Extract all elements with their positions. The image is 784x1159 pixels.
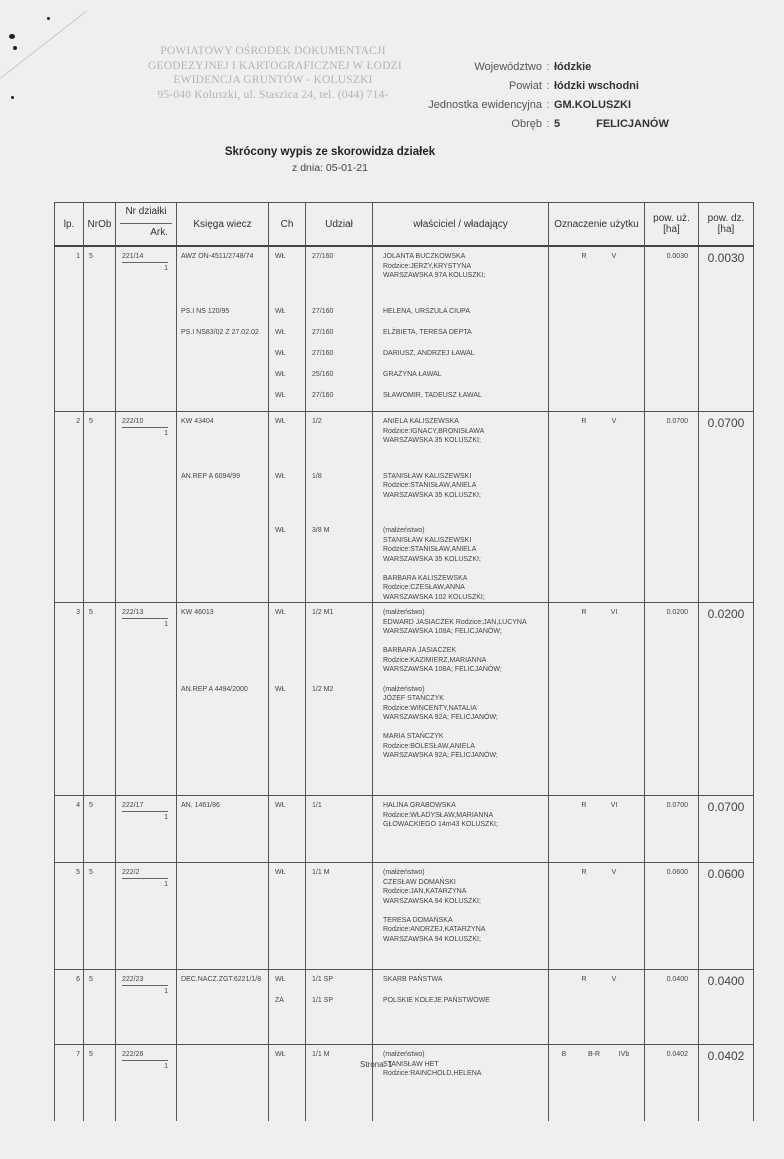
parcel-id: 222/23: [122, 976, 143, 983]
ch-entry: WŁ: [275, 1051, 286, 1058]
parcel-number: 221/141: [122, 253, 168, 279]
sheet-number: 1: [164, 430, 168, 437]
owner-line: DARIUSZ, ANDRZEJ ŁAWAL: [383, 350, 475, 357]
udzial-entry: 27/160: [312, 253, 333, 260]
stamp-line: 95-040 Koluszki, ul. Staszica 24, tel. (…: [148, 88, 398, 103]
pow-uz-cell: 0.0400: [645, 970, 699, 1045]
scan-speck: [47, 17, 50, 20]
ch-cell: WŁ: [269, 863, 306, 970]
owner-line: (małżeństwo): [383, 686, 425, 693]
owner-line: Rodzice:BOLESŁAW,ANIELA: [383, 743, 475, 750]
land-use-code: R: [569, 802, 599, 809]
land-use-codes: RV: [549, 247, 644, 260]
document-date: z dnia: 05-01-21: [180, 162, 480, 174]
owner-line: (małżeństwo): [383, 869, 425, 876]
parcel-register-table: lp. NrOb Nr działki Ark. Księga wiecz Ch…: [54, 202, 754, 1121]
colon: :: [542, 77, 554, 96]
ch-cell: WŁ: [269, 1045, 306, 1122]
udzial-entry: 27/160: [312, 392, 333, 399]
table-row: 25222/101KW 43404AN.REP A 6094/99WŁWŁWŁ1…: [55, 412, 754, 603]
sheet-number: 1: [164, 814, 168, 821]
parcel-number-cell: 222/171: [116, 796, 177, 863]
powiat-label: Powiat: [400, 77, 542, 96]
land-use-code: V: [599, 253, 629, 260]
wojewodztwo-label: Województwo: [400, 58, 542, 77]
udzial-entry: 27/160: [312, 308, 333, 315]
uzytek-cell: RV: [549, 970, 645, 1045]
parcel-id: 222/2: [122, 869, 140, 876]
divider: [120, 223, 172, 224]
sheet-number: 1: [164, 265, 168, 272]
land-use-code: VI: [599, 609, 629, 616]
colon: :: [542, 115, 554, 134]
land-use-code: R: [569, 609, 599, 616]
powiat-value: łódzki wschodni: [554, 77, 639, 96]
lp-cell: 3: [55, 603, 84, 796]
parcel-number: 222/131: [122, 609, 168, 635]
udzial-entry: 1/1 M: [312, 1051, 330, 1058]
owner-cell: JOLANTA BUCZKOWSKARodzice:JERZY,KRYSTYNA…: [373, 246, 549, 412]
owner-line: Rodzice:STANISŁAW,ANIELA: [383, 482, 476, 489]
ark-label: Ark.: [150, 227, 168, 238]
ch-entry: WŁ: [275, 418, 286, 425]
lp-cell: 7: [55, 1045, 84, 1122]
obreb-name: FELICJANÓW: [596, 115, 669, 134]
uzytek-cell: RV: [549, 863, 645, 970]
jednostka-label: Jednostka ewidencyjna: [400, 96, 542, 115]
parcel-number-cell: 222/231: [116, 970, 177, 1045]
ch-entry: WŁ: [275, 473, 286, 480]
pow-uz-cell: 0.0700: [645, 412, 699, 603]
parcel-id: 222/10: [122, 418, 143, 425]
ksiega-entry: KW 43404: [181, 418, 214, 425]
ch-cell: WŁZA: [269, 970, 306, 1045]
divider: [122, 878, 168, 879]
udzial-cell: 1/21/83/8 M: [306, 412, 373, 603]
owner-line: WARSZAWSKA 35 KOLUSZKI;: [383, 556, 481, 563]
divider: [122, 1060, 168, 1061]
lp-cell: 6: [55, 970, 84, 1045]
pow-dz-cell: 0.0700: [699, 796, 754, 863]
header-udzial: Udział: [306, 203, 373, 247]
udzial-entry: 1/2 M1: [312, 609, 333, 616]
parcel-id: 222/17: [122, 802, 143, 809]
owner-line: GŁOWACKIEGO 14m43 KOLUSZKI;: [383, 821, 498, 828]
colon: :: [542, 96, 554, 115]
lp-cell: 4: [55, 796, 84, 863]
divider: [122, 427, 168, 428]
parcel-number: 222/21: [122, 869, 168, 895]
uzytek-cell: RV: [549, 412, 645, 603]
owner-line: TERESA DOMAŃSKA: [383, 917, 453, 924]
ksiega-entry: PS.I NS83/02 Z 27.02.02: [181, 329, 259, 336]
ch-entry: WŁ: [275, 329, 286, 336]
nrob-cell: 5: [84, 863, 116, 970]
ch-entry: WŁ: [275, 686, 286, 693]
udzial-entry: 27/160: [312, 329, 333, 336]
pow-dz-cell: 0.0402: [699, 1045, 754, 1122]
ksiega-cell: DEC.NACZ.ZGT.6221/1/8: [177, 970, 269, 1045]
land-use-code: R: [569, 418, 599, 425]
scan-speck: [9, 34, 15, 39]
table-row: 55222/21WŁ1/1 M(małżeństwo)CZESŁAW DOMAŃ…: [55, 863, 754, 970]
ch-cell: WŁ: [269, 796, 306, 863]
wojewodztwo-row: Województwo : łódzkie: [400, 58, 700, 77]
land-use-codes: RVI: [549, 603, 644, 616]
pow-uz-cell: 0.0700: [645, 796, 699, 863]
owner-line: (małżeństwo): [383, 527, 425, 534]
nrob-cell: 5: [84, 246, 116, 412]
owner-line: STANISŁAW KALISZEWSKI: [383, 537, 471, 544]
owner-line: Rodzice:WINCENTY,NATALIA: [383, 705, 477, 712]
ksiega-entry: AN.REP A 4494/2000: [181, 686, 248, 693]
owner-line: Rodzice:KAZIMIERZ,MARIANNA: [383, 657, 486, 664]
owner-line: MARIA STAŃCZYK: [383, 733, 444, 740]
udzial-cell: 1/2 M11/2 M2: [306, 603, 373, 796]
table-row: 65222/231DEC.NACZ.ZGT.6221/1/8WŁZA1/1 SP…: [55, 970, 754, 1045]
ch-cell: WŁWŁWŁWŁWŁWŁ: [269, 246, 306, 412]
owner-line: BARBARA JASIACZEK: [383, 647, 456, 654]
sheet-number: 1: [164, 621, 168, 628]
owner-line: Rodzice:RAINCHOLD,HELENA: [383, 1070, 481, 1077]
land-use-code: R: [569, 253, 599, 260]
nr-dzialki-label: Nr działki: [116, 206, 176, 217]
udzial-cell: 1/1 SP1/1 SP: [306, 970, 373, 1045]
owner-cell: SKARB PAŃSTWAPOLSKIE KOLEJE PAŃSTWOWE: [373, 970, 549, 1045]
table-row: 45222/171AN. 1461/86WŁ1/1HALINA GRABOWSK…: [55, 796, 754, 863]
jednostka-row: Jednostka ewidencyjna : GM.KOLUSZKI: [400, 96, 700, 115]
owner-line: HELENA, URSZULA CIUPA: [383, 308, 470, 315]
udzial-entry: 1/2 M2: [312, 686, 333, 693]
header-nrob: NrOb: [84, 203, 116, 247]
sheet-number: 1: [164, 988, 168, 995]
ch-entry: WŁ: [275, 253, 286, 260]
owner-line: WARSZAWSKA 35 KOLUSZKI;: [383, 437, 481, 444]
uzytek-cell: RV: [549, 246, 645, 412]
owner-line: CZESŁAW DOMAŃSKI: [383, 879, 456, 886]
admin-info: Województwo : łódzkie Powiat : łódzki ws…: [400, 58, 700, 134]
parcel-id: 222/13: [122, 609, 143, 616]
owner-line: Rodzice:JAN,KATARZYNA: [383, 888, 466, 895]
owner-line: WARSZAWSKA 97A KOLUSZKI;: [383, 272, 485, 279]
owner-line: GRAŻYNA ŁAWAL: [383, 371, 442, 378]
udzial-entry: 25/160: [312, 371, 333, 378]
ch-entry: WŁ: [275, 527, 286, 534]
nrob-cell: 5: [84, 1045, 116, 1122]
land-use-code: B: [549, 1051, 579, 1058]
office-stamp: POWIATOWY OŚRODEK DOKUMENTACJI GEODEZYJN…: [148, 44, 398, 102]
scan-speck: [13, 46, 17, 50]
header-ch: Ch: [269, 203, 306, 247]
land-use-codes: BB-RIVb: [549, 1045, 644, 1058]
lp-cell: 5: [55, 863, 84, 970]
owner-line: WARSZAWSKA 35 KOLUSZKI;: [383, 492, 481, 499]
owner-cell: ANIELA KALISZEWSKARodzice:IGNACY,BRONISŁ…: [373, 412, 549, 603]
owner-cell: (małżeństwo)CZESŁAW DOMAŃSKIRodzice:JAN,…: [373, 863, 549, 970]
lp-cell: 1: [55, 246, 84, 412]
owner-line: WARSZAWSKA 108A; FELICJANÓW;: [383, 666, 502, 673]
land-use-code: B-R: [579, 1051, 609, 1058]
owner-line: SŁAWOMIR, TADEUSZ ŁAWAL: [383, 392, 482, 399]
ch-entry: ZA: [275, 997, 284, 1004]
parcel-number: 222/261: [122, 1051, 168, 1077]
nrob-cell: 5: [84, 796, 116, 863]
ch-entry: WŁ: [275, 802, 286, 809]
owner-cell: (małżeństwo)EDWARD JASIACZEK Rodzice:JAN…: [373, 603, 549, 796]
stamp-line: EWIDENCJA GRUNTÓW - KOLUSZKI: [148, 73, 398, 88]
owner-line: WARSZAWSKA 108A; FELICJANÓW;: [383, 628, 502, 635]
parcel-number: 222/101: [122, 418, 168, 444]
pow-dz-cell: 0.0400: [699, 970, 754, 1045]
owner-line: SKARB PAŃSTWA: [383, 976, 443, 983]
ksiega-entry: AN. 1461/86: [181, 802, 220, 809]
table-row: 15221/141AWZ ON-4511/2748/74PS.I NS 120/…: [55, 246, 754, 412]
uzytek-cell: RVI: [549, 796, 645, 863]
table-header-row: lp. NrOb Nr działki Ark. Księga wiecz Ch…: [55, 203, 754, 247]
owner-line: WARSZAWSKA 94 KOLUSZKI;: [383, 936, 481, 943]
udzial-entry: 1/8: [312, 473, 322, 480]
page-number: Strona: 1: [360, 1060, 392, 1069]
udzial-entry: 3/8 M: [312, 527, 330, 534]
owner-line: ANIELA KALISZEWSKA: [383, 418, 459, 425]
ch-entry: WŁ: [275, 350, 286, 357]
pow-dz-cell: 0.0200: [699, 603, 754, 796]
owner-line: BARBARA KALISZEWSKA: [383, 575, 467, 582]
header-pow-dz: pow. dz. [ha]: [699, 203, 754, 247]
ch-cell: WŁWŁWŁ: [269, 412, 306, 603]
ch-entry: WŁ: [275, 976, 286, 983]
udzial-entry: 1/1 M: [312, 869, 330, 876]
divider: [122, 985, 168, 986]
owner-line: Rodzice:WŁADYSŁAW,MARIANNA: [383, 812, 493, 819]
nrob-cell: 5: [84, 412, 116, 603]
pow-uz-cell: 0.0600: [645, 863, 699, 970]
udzial-cell: 1/1 M: [306, 1045, 373, 1122]
owner-line: POLSKIE KOLEJE PAŃSTWOWE: [383, 997, 490, 1004]
obreb-row: Obręb : 5 FELICJANÓW: [400, 115, 700, 134]
owner-line: WARSZAWSKA 92A; FELICJANÓW;: [383, 714, 498, 721]
parcel-number-cell: 222/261: [116, 1045, 177, 1122]
land-use-code: IVb: [609, 1051, 639, 1058]
header-ksiega: Księga wiecz: [177, 203, 269, 247]
header-wlasciciel: właściciel / władający: [373, 203, 549, 247]
pow-uz-cell: 0.0200: [645, 603, 699, 796]
pow-dz-cell: 0.0700: [699, 412, 754, 603]
ksiega-cell: [177, 863, 269, 970]
parcel-number: 222/231: [122, 976, 168, 1002]
pow-uz-cell: 0.0030: [645, 246, 699, 412]
table-row: 75222/261WŁ1/1 M(małżeństwo)STANISŁAW HE…: [55, 1045, 754, 1122]
owner-cell: (małżeństwo)STANISŁAW HETRodzice:RAINCHO…: [373, 1045, 549, 1122]
udzial-entry: 1/1: [312, 802, 322, 809]
owner-line: (małżeństwo): [383, 609, 425, 616]
owner-line: Rodzice:JERZY,KRYSTYNA: [383, 263, 471, 270]
land-use-code: R: [569, 869, 599, 876]
owner-line: Rodzice:ANDRZEJ,KATARZYNA: [383, 926, 485, 933]
header-oznaczenie: Oznaczenie użytku: [549, 203, 645, 247]
table-row: 35222/131KW 46013AN.REP A 4494/2000WŁWŁ1…: [55, 603, 754, 796]
udzial-entry: 1/2: [312, 418, 322, 425]
owner-line: JOLANTA BUCZKOWSKA: [383, 253, 465, 260]
divider: [122, 262, 168, 263]
land-use-code: V: [599, 976, 629, 983]
ksiega-entry: DEC.NACZ.ZGT.6221/1/8: [181, 976, 261, 983]
owner-line: ELŻBIETA, TERESA DEPTA: [383, 329, 472, 336]
owner-line: WARSZAWSKA 102 KOLUSZKI;: [383, 594, 485, 601]
uzytek-cell: RVI: [549, 603, 645, 796]
land-use-codes: RV: [549, 412, 644, 425]
ch-entry: WŁ: [275, 869, 286, 876]
ksiega-entry: AWZ ON-4511/2748/74: [181, 253, 253, 260]
udzial-entry: 1/1 SP: [312, 997, 333, 1004]
obreb-label: Obręb: [400, 115, 542, 134]
land-use-code: V: [599, 418, 629, 425]
ch-entry: WŁ: [275, 609, 286, 616]
ksiega-cell: [177, 1045, 269, 1122]
udzial-cell: 27/16027/16027/16027/16025/16027/160: [306, 246, 373, 412]
parcel-number-cell: 222/101: [116, 412, 177, 603]
header-lp: lp.: [55, 203, 84, 247]
pow-dz-cell: 0.0030: [699, 246, 754, 412]
owner-line: EDWARD JASIACZEK Rodzice:JAN,LUCYNA: [383, 619, 527, 626]
lp-cell: 2: [55, 412, 84, 603]
wojewodztwo-value: łódzkie: [554, 58, 591, 77]
ksiega-cell: AN. 1461/86: [177, 796, 269, 863]
owner-line: JÓZEF STAŃCZYK: [383, 695, 444, 702]
colon: :: [542, 58, 554, 77]
owner-line: Rodzice:STANISŁAW,ANIELA: [383, 546, 476, 553]
owner-line: Rodzice:IGNACY,BRONISŁAWA: [383, 428, 484, 435]
ksiega-entry: PS.I NS 120/95: [181, 308, 229, 315]
owner-line: HALINA GRABOWSKA: [383, 802, 456, 809]
jednostka-value: GM.KOLUSZKI: [554, 96, 631, 115]
ch-entry: WŁ: [275, 308, 286, 315]
owner-line: STANISŁAW KALISZEWSKI: [383, 473, 471, 480]
parcel-id: 221/14: [122, 253, 143, 260]
ch-cell: WŁWŁ: [269, 603, 306, 796]
pow-uz-cell: 0.0402: [645, 1045, 699, 1122]
divider: [122, 811, 168, 812]
ch-entry: WŁ: [275, 392, 286, 399]
parcel-number-cell: 222/131: [116, 603, 177, 796]
owner-line: WARSZAWSKA 92A; FELICJANÓW;: [383, 752, 498, 759]
stamp-line: GEODEZYJNEJ I KARTOGRAFICZNEJ W ŁODZI: [148, 59, 398, 74]
land-use-codes: RV: [549, 970, 644, 983]
stamp-line: POWIATOWY OŚRODEK DOKUMENTACJI: [148, 44, 398, 59]
owner-line: Rodzice:CZESŁAW,ANNA: [383, 584, 465, 591]
udzial-cell: 1/1: [306, 796, 373, 863]
sheet-number: 1: [164, 881, 168, 888]
land-use-code: VI: [599, 802, 629, 809]
owner-cell: HALINA GRABOWSKARodzice:WŁADYSŁAW,MARIAN…: [373, 796, 549, 863]
ksiega-cell: KW 46013AN.REP A 4494/2000: [177, 603, 269, 796]
nrob-cell: 5: [84, 603, 116, 796]
header-pow-uz: pow. uż. [ha]: [645, 203, 699, 247]
nrob-cell: 5: [84, 970, 116, 1045]
ch-entry: WŁ: [275, 371, 286, 378]
document-title: Skrócony wypis ze skorowidza działek: [180, 146, 480, 158]
pow-dz-cell: 0.0600: [699, 863, 754, 970]
scan-line: [0, 10, 87, 79]
ksiega-entry: AN.REP A 6094/99: [181, 473, 240, 480]
land-use-code: R: [569, 976, 599, 983]
land-use-codes: RV: [549, 863, 644, 876]
divider: [122, 618, 168, 619]
ksiega-cell: AWZ ON-4511/2748/74PS.I NS 120/95PS.I NS…: [177, 246, 269, 412]
ksiega-cell: KW 43404AN.REP A 6094/99: [177, 412, 269, 603]
parcel-number-cell: 221/141: [116, 246, 177, 412]
scan-speck: [11, 96, 14, 99]
udzial-entry: 27/160: [312, 350, 333, 357]
land-use-codes: RVI: [549, 796, 644, 809]
land-use-code: V: [599, 869, 629, 876]
owner-line: (małżeństwo): [383, 1051, 425, 1058]
sheet-number: 1: [164, 1063, 168, 1070]
parcel-id: 222/26: [122, 1051, 143, 1058]
parcel-number: 222/171: [122, 802, 168, 828]
udzial-cell: 1/1 M: [306, 863, 373, 970]
owner-line: WARSZAWSKA 94 KOLUSZKI;: [383, 898, 481, 905]
parcel-number-cell: 222/21: [116, 863, 177, 970]
udzial-entry: 1/1 SP: [312, 976, 333, 983]
uzytek-cell: BB-RIVb: [549, 1045, 645, 1122]
powiat-row: Powiat : łódzki wschodni: [400, 77, 700, 96]
obreb-number: 5: [554, 115, 560, 134]
header-nr-dzialki: Nr działki Ark.: [116, 203, 177, 247]
ksiega-entry: KW 46013: [181, 609, 214, 616]
